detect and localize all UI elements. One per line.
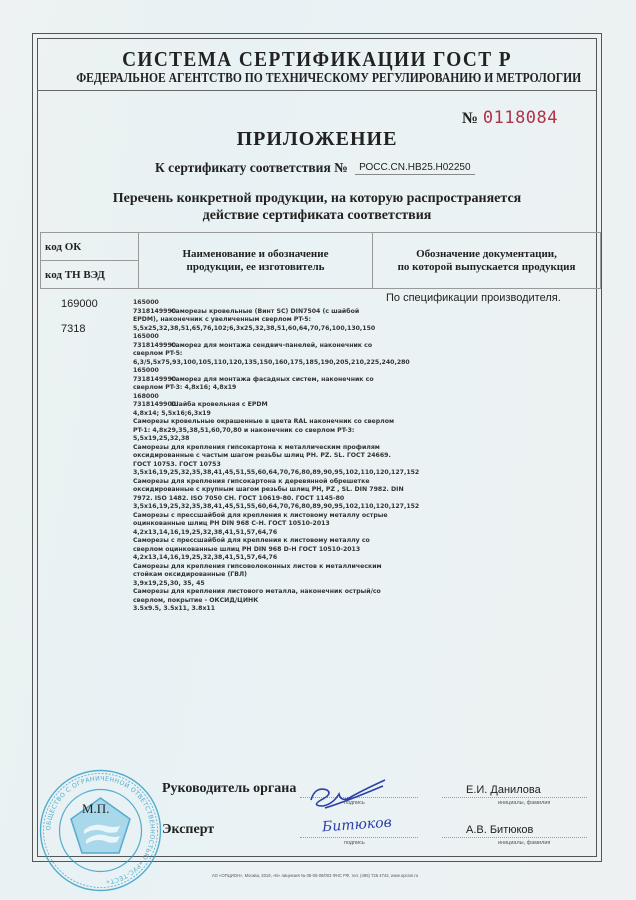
product-text: ГОСТ 10753. ГОСТ 10753: [133, 461, 221, 468]
product-text: Саморезы для крепления гипсокартона к де…: [133, 478, 370, 485]
product-text: 3,5x16,19,25,32,35,38,41,45,51,55,60,64,…: [133, 503, 419, 510]
certification-system-title: СИСТЕМА СЕРТИФИКАЦИИ ГОСТ Р: [59, 47, 574, 72]
product-text: Саморез для монтажа фасадных систем, нак…: [171, 376, 374, 383]
head-name: Е.И. Данилова: [466, 784, 541, 796]
product-text: 4,2x13,14,16,19,25,32,38,41,51,57,64,76: [133, 554, 277, 561]
header-doc-line: по которой выпускается продукция: [377, 261, 596, 274]
header-code-ok: код ОК: [41, 233, 139, 261]
product-line: 165000: [133, 299, 373, 308]
product-code: 7318149990: [133, 342, 171, 351]
product-text: Саморез для монтажа сендвич-панелей, нак…: [171, 342, 372, 349]
product-line: ГОСТ 10753. ГОСТ 10753: [133, 461, 373, 470]
head-signature-icon: [305, 778, 395, 818]
product-line: 5,5x25,32,38,51,65,76,102;6,3x25,32,38,5…: [133, 325, 373, 334]
product-line: Саморезы с прессшайбой для крепления к л…: [133, 512, 373, 521]
product-text: 5,5x19,25,32,38: [133, 435, 189, 442]
product-text: 3,9x19,25,30, 35, 45: [133, 580, 205, 587]
product-line: 7972. ISO 1482. ISO 7050 CH. ГОСТ 10619-…: [133, 495, 373, 504]
product-line: 7318149990Саморезы кровельные (Винт SC) …: [133, 308, 373, 317]
product-text: 3.5x9.5, 3.5x11, 3.8x11: [133, 605, 215, 612]
product-text: 5,5x25,32,38,51,65,76,102;6,3x25,32,38,5…: [133, 325, 375, 332]
list-heading: Перечень конкретной продукции, на котору…: [37, 190, 597, 224]
header-documentation: Обозначение документации, по которой вып…: [373, 233, 601, 289]
product-text: оксидированные с крупным шагом резьбы шл…: [133, 486, 404, 493]
header-product-line: продукции, ее изготовитель: [143, 261, 368, 274]
agency-name: ФЕДЕРАЛЬНОЕ АГЕНТСТВО ПО ТЕХНИЧЕСКОМУ РЕ…: [76, 70, 558, 86]
product-text: 165000: [133, 367, 159, 374]
head-name-caption: инициалы, фамилия: [498, 800, 550, 806]
product-line: Саморезы для крепления гипсоволоконных л…: [133, 563, 373, 572]
header-divider: [37, 90, 597, 91]
row-code-tn: 7318: [61, 317, 98, 342]
product-text: сверлом, покрытие - ОКСИД/ЦИНК: [133, 597, 258, 604]
product-line: 3,9x19,25,30, 35, 45: [133, 580, 373, 589]
product-text: оцинкованные шлиц PH DIN 968 C-H. ГОСТ 1…: [133, 520, 330, 527]
form-number-value: 0118084: [483, 108, 558, 128]
product-line: оксидированные с крупным шагом резьбы шл…: [133, 486, 373, 495]
product-line: 4,8x14; 5,5x16;6,3x19: [133, 410, 373, 419]
product-text: Шайба кровельная с EPDM: [171, 401, 268, 408]
product-text: Саморезы для крепления гипсоволоконных л…: [133, 563, 382, 570]
product-line: сверлом, покрытие - ОКСИД/ЦИНК: [133, 597, 373, 606]
product-text: EPDM), наконечник с увеличенным сверлом …: [133, 316, 311, 323]
header-code-tn: код ТН ВЭД: [41, 261, 139, 289]
product-line: 3,5x16,19,25,32,35,38,41,45,51,55,60,64,…: [133, 503, 373, 512]
product-line: 7318149900Шайба кровельная с EPDM: [133, 401, 373, 410]
expert-name-caption: инициалы, фамилия: [498, 840, 550, 846]
product-line: Саморезы кровельные окрашенные в цвета R…: [133, 418, 373, 427]
printer-footer: АО «ОПЦИОН», Москва, 2019, «Б» лицензия …: [180, 873, 450, 878]
expert-label: Эксперт: [162, 822, 214, 838]
product-line: 3,5x16,19,25,32,35,38,41,45,51,55,60,64,…: [133, 469, 373, 478]
product-line: стойкам оксидированные (ГВЛ): [133, 571, 373, 580]
header-product: Наименование и обозначение продукции, ее…: [139, 233, 373, 289]
list-heading-line: Перечень конкретной продукции, на котору…: [37, 190, 597, 207]
product-text: PT-1: 4,8x29,35,38,51,60,70,80 и наконеч…: [133, 427, 354, 434]
product-text: 165000: [133, 333, 159, 340]
number-sign: №: [462, 110, 478, 127]
product-line: сверлом оцинкованные шлиц PH DIN 968 D-H…: [133, 546, 373, 555]
product-code: 7318149990: [133, 308, 171, 317]
row-code-ok: 169000: [61, 292, 98, 317]
product-text: сверлом оцинкованные шлиц PH DIN 968 D-H…: [133, 546, 360, 553]
product-text: оксидированные с частым шагом резьбы шли…: [133, 452, 391, 459]
product-text: 7972. ISO 1482. ISO 7050 CH. ГОСТ 10619-…: [133, 495, 344, 502]
head-name-line: [442, 797, 587, 798]
product-line: сверлом PT-3: 4,8x16; 4,8x19: [133, 384, 373, 393]
product-line: 165000: [133, 333, 373, 342]
product-line: PT-1: 4,8x29,35,38,51,60,70,80 и наконеч…: [133, 427, 373, 436]
product-line: 7318149990Саморез для монтажа фасадных с…: [133, 376, 373, 385]
certificate-reference: К сертификату соответствия № РОСС.CN.НВ2…: [155, 160, 475, 176]
product-line: 6,3/5,5x75,93,100,105,110,120,135,150,16…: [133, 359, 373, 368]
product-text: 3,5x16,19,25,32,35,38,41,45,51,55,60,64,…: [133, 469, 419, 476]
head-label: Руководитель органа: [162, 781, 296, 797]
expert-name: А.В. Битюков: [466, 824, 533, 836]
product-line: 168000: [133, 393, 373, 402]
product-line: 7318149990Саморез для монтажа сендвич-па…: [133, 342, 373, 351]
product-line: сверлом PT-5:: [133, 350, 373, 359]
product-text: 4,8x14; 5,5x16;6,3x19: [133, 410, 211, 417]
product-text: Саморезы кровельные окрашенные в цвета R…: [133, 418, 394, 425]
stamp-label: М.П.: [82, 801, 109, 817]
header-product-line: Наименование и обозначение: [143, 248, 368, 261]
product-text: сверлом PT-3: 4,8x16; 4,8x19: [133, 384, 236, 391]
expert-name-line: [442, 837, 587, 838]
product-line: 165000: [133, 367, 373, 376]
product-line: 4,2x13,14,16,19,25,32,38,41,51,57,64,76: [133, 554, 373, 563]
row-documentation: По спецификации производителя.: [386, 292, 561, 304]
product-line: оцинкованные шлиц PH DIN 968 C-H. ГОСТ 1…: [133, 520, 373, 529]
header-doc-line: Обозначение документации,: [377, 248, 596, 261]
row-codes: 169000 7318: [61, 292, 98, 342]
expert-signature-caption: подпись: [344, 840, 365, 846]
list-heading-line: действие сертификата соответствия: [37, 207, 597, 224]
product-line: Саморезы для крепления гипсокартона к ме…: [133, 444, 373, 453]
product-text: сверлом PT-5:: [133, 350, 182, 357]
product-code: 7318149900: [133, 401, 171, 410]
product-text: Саморезы с прессшайбой для крепления к л…: [133, 512, 388, 519]
product-text: Саморезы кровельные (Винт SC) DIN7504 (с…: [171, 308, 359, 315]
product-line: EPDM), наконечник с увеличенным сверлом …: [133, 316, 373, 325]
product-line: 4,2x13,14,16,19,25,32,38,41,51,57,64,76: [133, 529, 373, 538]
form-number: № 0118084: [462, 108, 558, 128]
product-line: 5,5x19,25,32,38: [133, 435, 373, 444]
product-text: Саморезы для крепления листового металла…: [133, 588, 381, 595]
expert-signature-line: [300, 837, 418, 838]
product-text: 6,3/5,5x75,93,100,105,110,120,135,150,16…: [133, 359, 410, 366]
product-text: стойкам оксидированные (ГВЛ): [133, 571, 247, 578]
product-text: 168000: [133, 393, 159, 400]
product-text: Саморезы для крепления гипсокартона к ме…: [133, 444, 380, 451]
product-line: оксидированные с частым шагом резьбы шли…: [133, 452, 373, 461]
product-line: Саморезы с прессшайбой для крепления к л…: [133, 537, 373, 546]
product-line: Саморезы для крепления листового металла…: [133, 588, 373, 597]
product-text: 4,2x13,14,16,19,25,32,38,41,51,57,64,76: [133, 529, 277, 536]
product-line: 3.5x9.5, 3.5x11, 3.8x11: [133, 605, 373, 614]
product-text: 165000: [133, 299, 159, 306]
product-text: Саморезы с прессшайбой для крепления к л…: [133, 537, 370, 544]
certificate-label: К сертификату соответствия №: [155, 160, 348, 175]
product-list: 1650007318149990Саморезы кровельные (Вин…: [133, 299, 373, 614]
annex-title: ПРИЛОЖЕНИЕ: [37, 128, 597, 151]
products-table-header: код ОК Наименование и обозначение продук…: [40, 232, 601, 289]
product-line: Саморезы для крепления гипсокартона к де…: [133, 478, 373, 487]
organization-stamp-icon: ОБЩЕСТВО С ОГРАНИЧЕННОЙ ОТВЕТСТВЕННОСТЬЮ…: [38, 768, 163, 893]
certificate-number: РОСС.CN.НВ25.Н02250: [355, 162, 475, 175]
product-code: 7318149990: [133, 376, 171, 385]
